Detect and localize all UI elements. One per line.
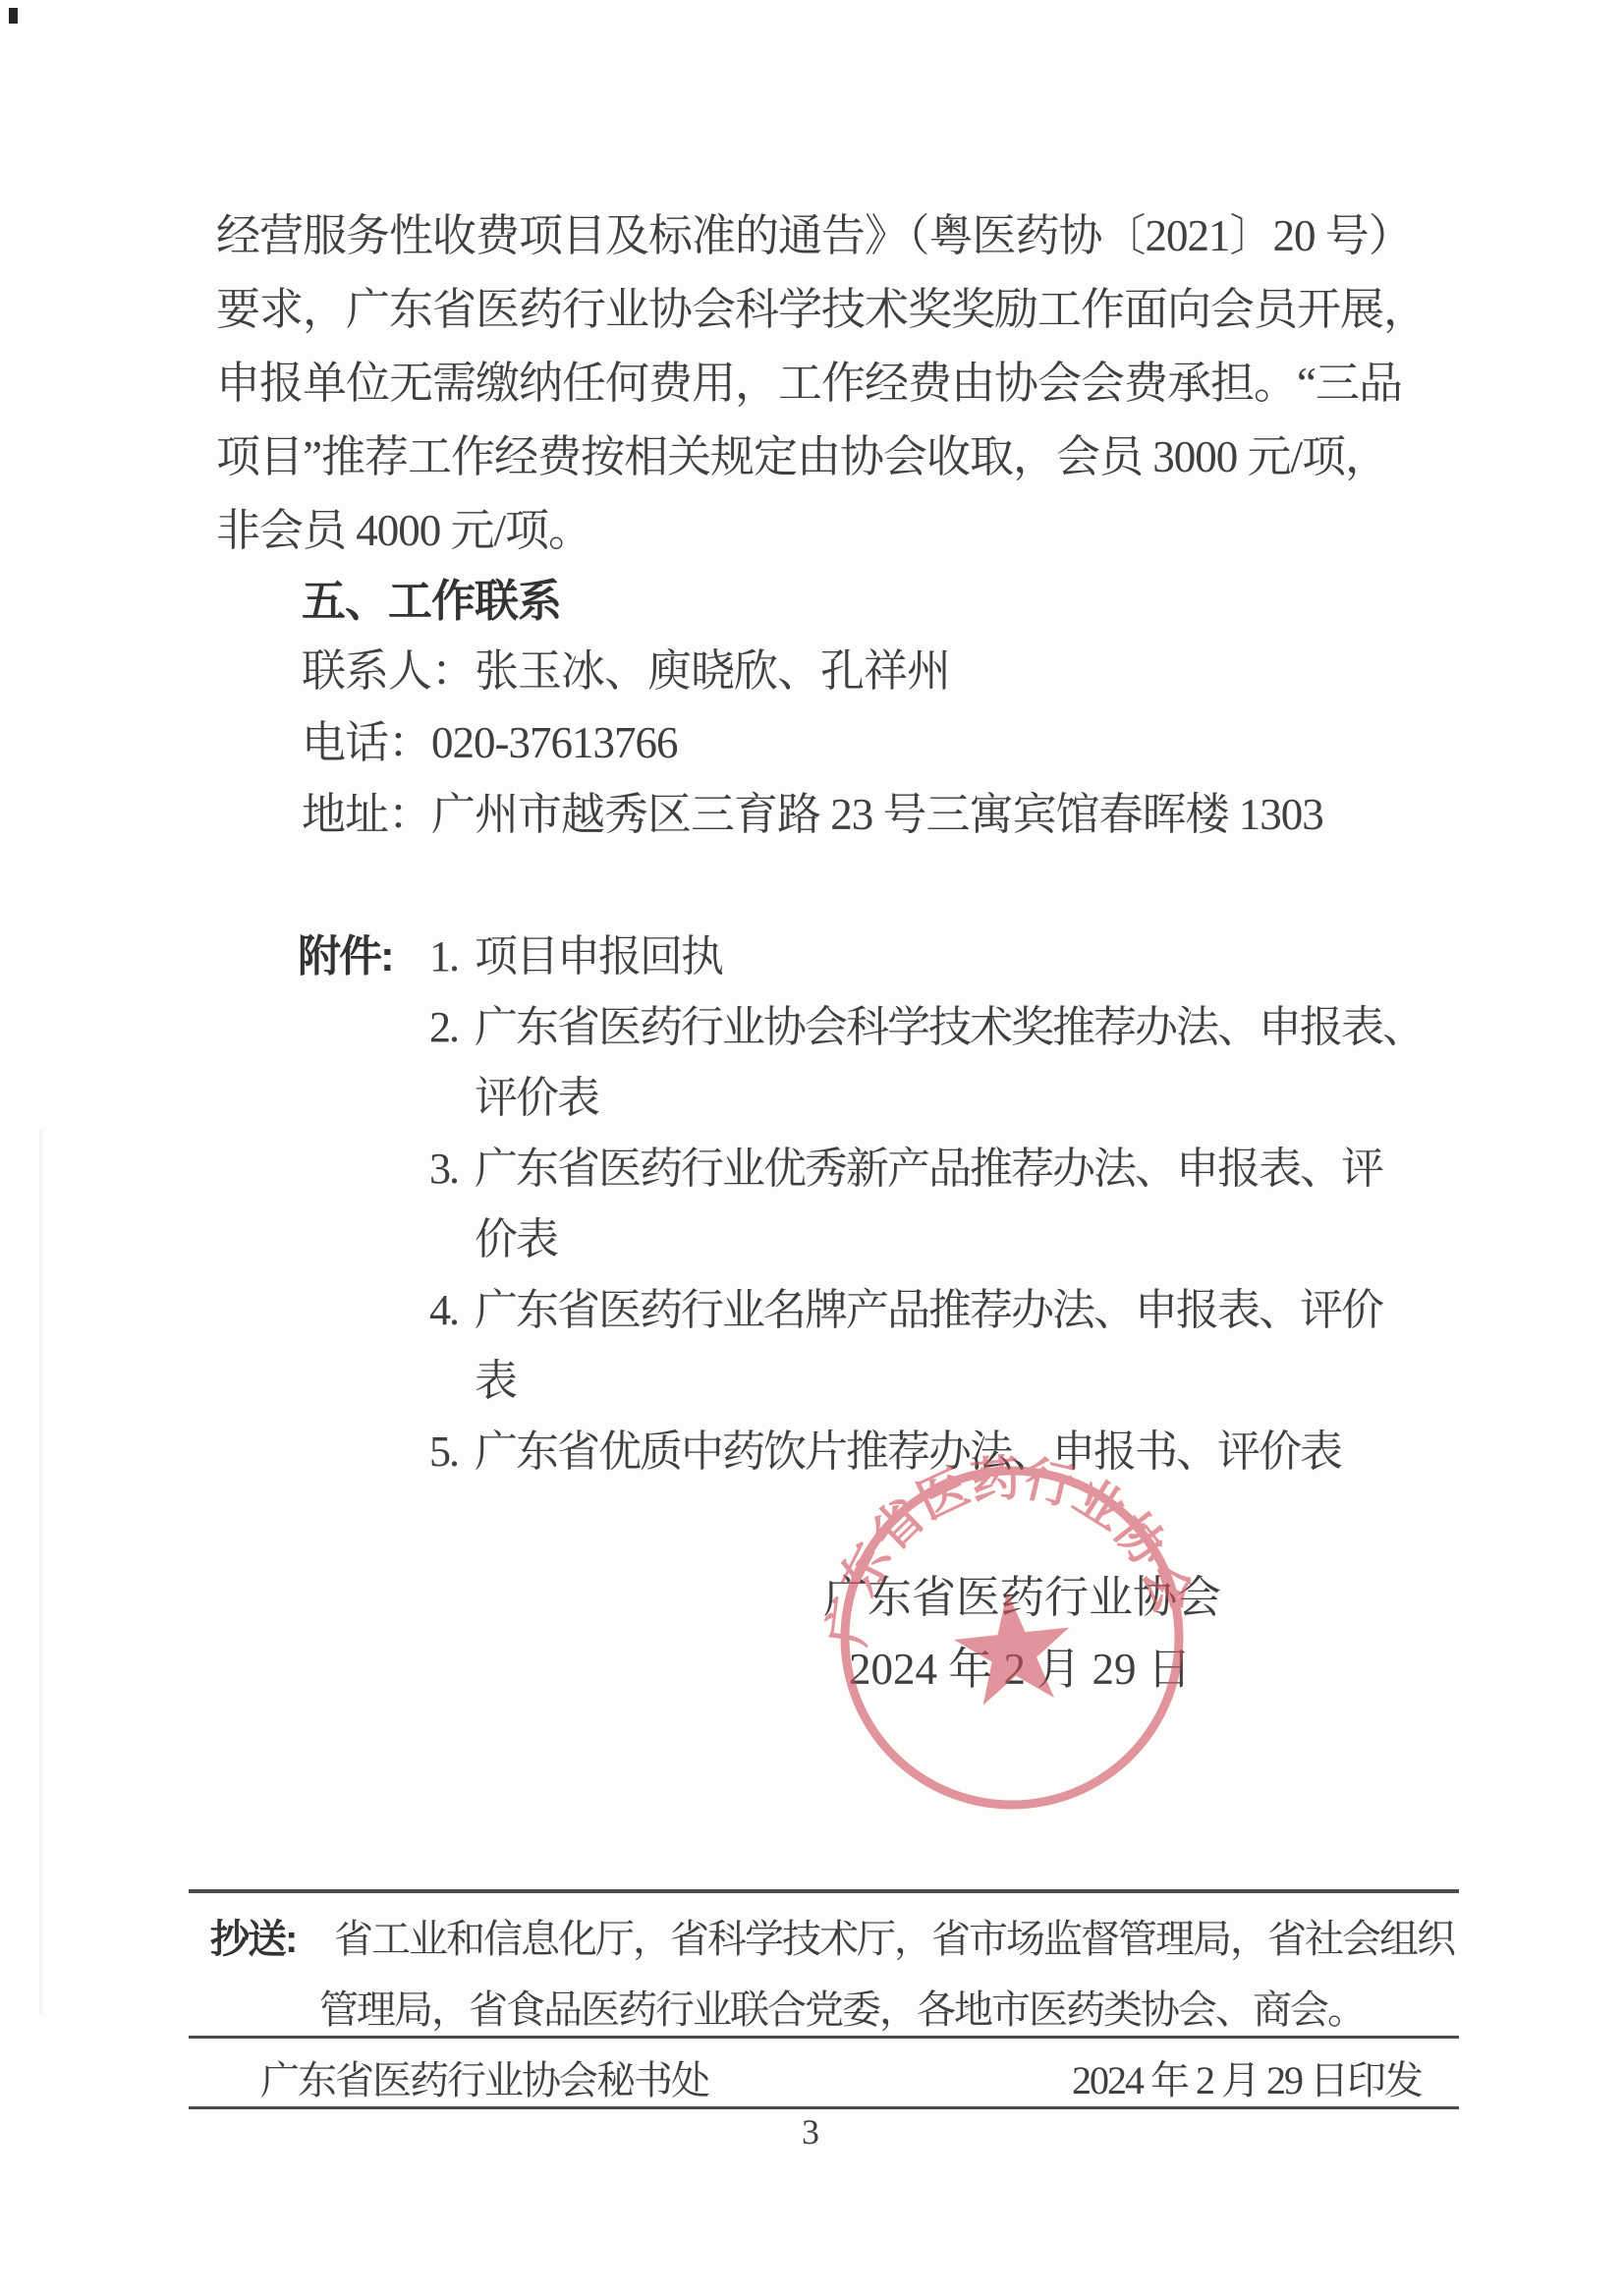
section-heading: 五、工作联系: [302, 579, 561, 623]
attachment-item-text: 广东省优质中药饮片推荐办法、申报书、评价表: [475, 1430, 1341, 1474]
page-number: 3: [802, 2114, 819, 2150]
document-page: 经营服务性收费项目及标准的通告》（粤医药协〔2021〕20 号） 要求，广东省医…: [0, 0, 1624, 2295]
body-line-3: 申报单位无需缴纳任何费用，工作经费由协会会费承担。“三品: [216, 362, 1402, 406]
attachment-item-text: 广东省医药行业名牌产品推荐办法、申报表、评价: [475, 1289, 1382, 1332]
body-line-1: 经营服务性收费项目及标准的通告》（粤医药协〔2021〕20 号）: [216, 214, 1412, 258]
issue-date: 2024 年 2 月 29 日印发: [1072, 2061, 1422, 2100]
contact-address-line: 地址：广州市越秀区三育路 23 号三寓宾馆春晖楼 1303: [302, 793, 1323, 837]
cc-line-1: 省工业和信息化厅，省科学技术厅，省市场监督管理局，省社会组织: [334, 1920, 1454, 1959]
scan-artifact-streak: [39, 1130, 42, 2014]
contact-phone-line: 电话：020-37613766: [302, 721, 678, 765]
seal-ring: [828, 1454, 1196, 1821]
signature-date: 2024 年 2 月 29 日: [849, 1648, 1192, 1692]
body-line-2: 要求，广东省医药行业协会科学技术奖奖励工作面向会员开展，: [216, 288, 1427, 332]
attachment-item-num: 3.: [429, 1147, 458, 1191]
attachment-item-wrap: 评价表: [475, 1077, 598, 1120]
attachment-item-text: 项目申报回执: [475, 935, 722, 979]
cc-line-2: 管理局，省食品医药行业联合党委，各地市医药类协会、商会。: [319, 1990, 1365, 2030]
attachment-item-wrap: 表: [475, 1360, 516, 1403]
footer-rule-top: [189, 1889, 1459, 1893]
attachment-item-text: 广东省医药行业优秀新产品推荐办法、申报表、评: [475, 1147, 1382, 1191]
cc-label: 抄送:: [210, 1920, 296, 1959]
attachment-item-num: 5.: [429, 1430, 458, 1474]
attachment-item-num: 2.: [429, 1006, 458, 1049]
contact-person-line: 联系人：张玉冰、庾晓欣、孔祥州: [302, 649, 950, 694]
signature-org: 广东省医药行业协会: [823, 1576, 1221, 1620]
footer-rule-bottom: [189, 2106, 1459, 2109]
body-line-4: 项目”推荐工作经费按相关规定由协会收取，会员 3000 元/项，: [216, 435, 1388, 479]
body-line-5: 非会员 4000 元/项。: [216, 509, 591, 553]
attachment-item-text: 广东省医药行业协会科学技术奖推荐办法、申报表、: [475, 1006, 1424, 1049]
attachment-item-num: 4.: [429, 1289, 458, 1332]
attachment-item-num: 1.: [429, 935, 458, 979]
scan-corner-mark: [9, 8, 18, 24]
official-seal-stamp: 广东省医药行业协会: [807, 1432, 1217, 1843]
attachment-item-wrap: 价表: [475, 1218, 557, 1261]
issuer-name: 广东省医药行业协会秘书处: [260, 2061, 708, 2100]
footer-rule-middle: [189, 2036, 1459, 2039]
attachments-label: 附件:: [298, 935, 393, 979]
